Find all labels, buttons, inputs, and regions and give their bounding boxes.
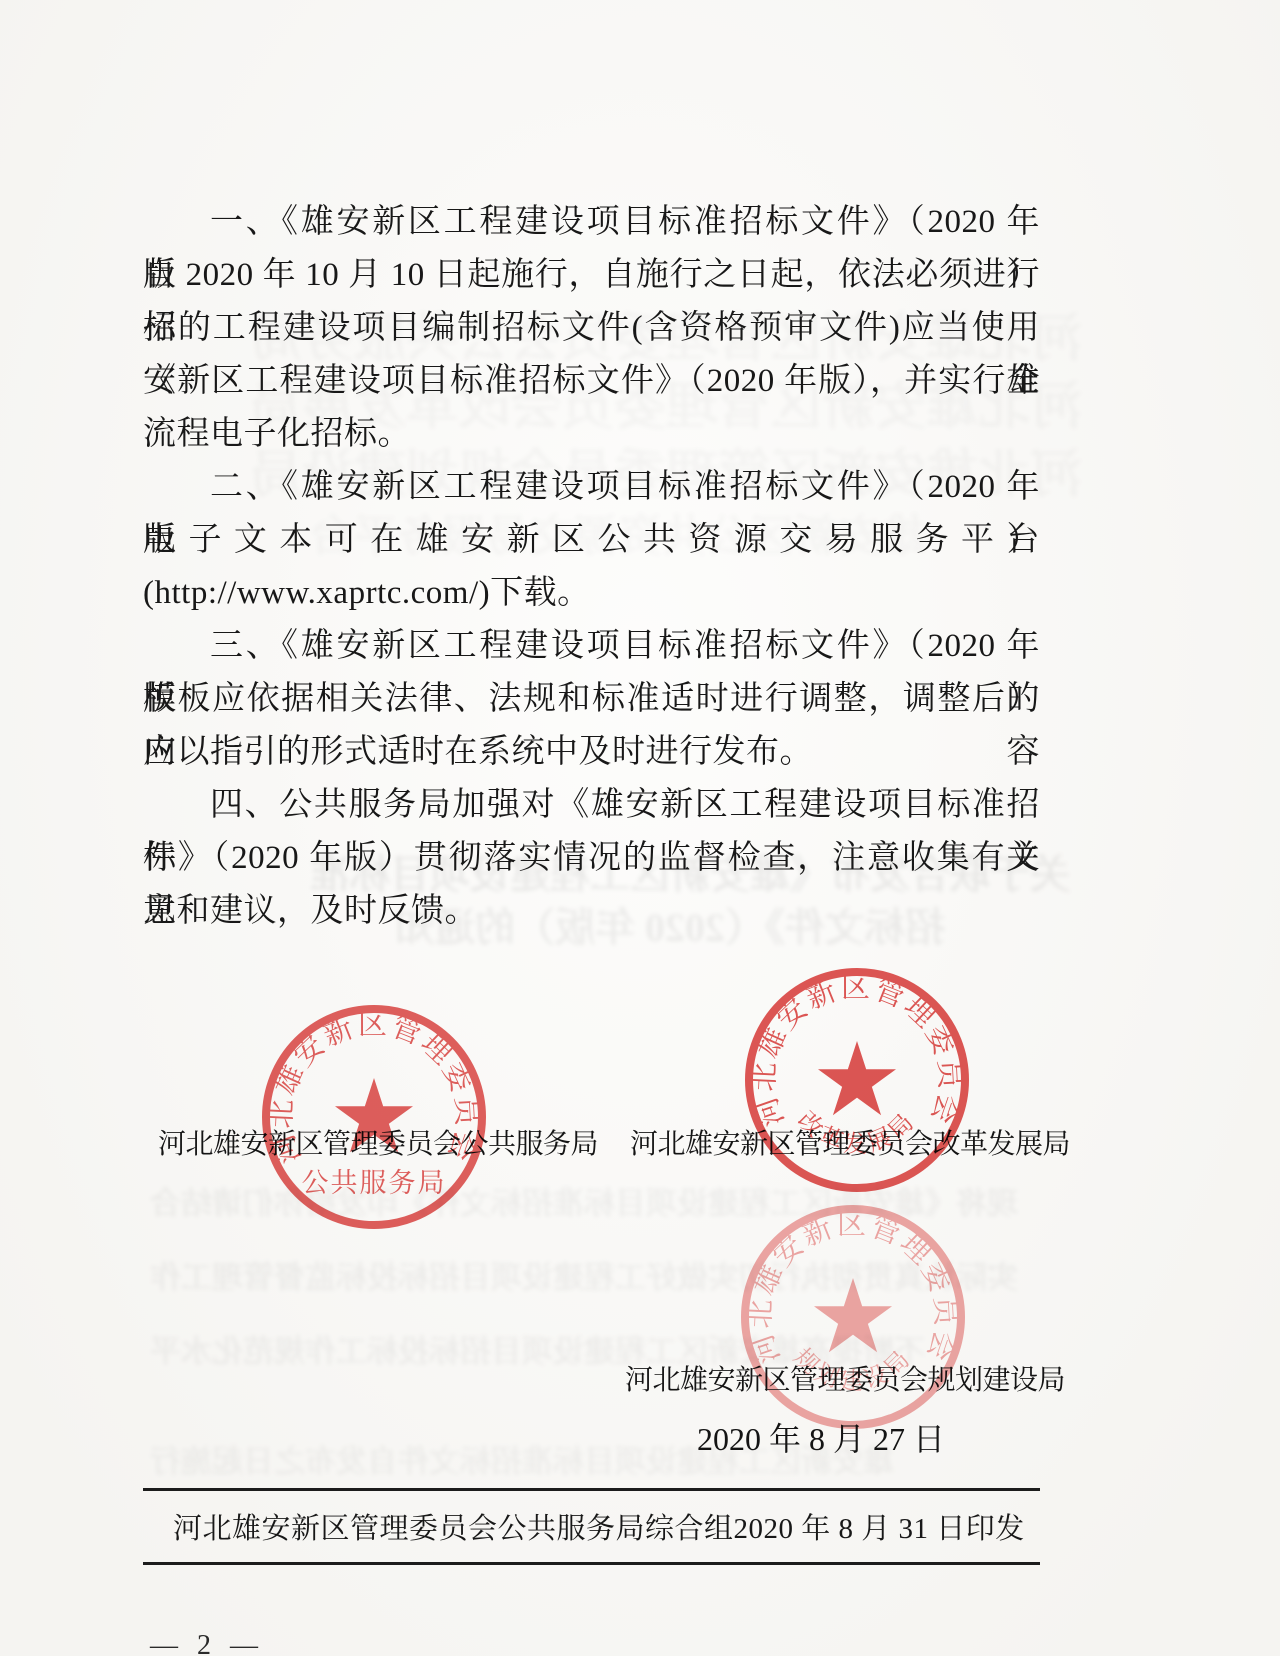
official-seal-reform-development: 河北雄安新区管理委员会 改革发展局	[732, 955, 982, 1205]
svg-text:河北雄安新区管理委员会: 河北雄安新区管理委员会	[748, 972, 965, 1130]
seal-star-icon	[818, 1041, 896, 1115]
seal-star-icon	[814, 1278, 892, 1352]
page-number: — 2 —	[150, 1630, 264, 1656]
document-page: 河北雄安新区管理委员会公共服务局 河北雄安新区管理委员会改革发展局 河北雄安新区…	[0, 0, 1280, 1656]
body-line: 二、《雄安新区工程建设项目标准招标文件》（2020 年版）	[143, 461, 1040, 514]
body-line: 三、《雄安新区工程建设项目标准招标文件》（2020 年版）	[143, 620, 1040, 673]
footer-rule-top	[143, 1488, 1040, 1491]
footer-print-date: 2020 年 8 月 31 日印发	[734, 1506, 1025, 1547]
footer-issuer: 河北雄安新区管理委员会公共服务局综合组	[173, 1506, 734, 1547]
body-line: 见和建议，及时反馈。	[143, 885, 1040, 938]
svg-text:河北雄安新区管理委员会: 河北雄安新区管理委员会	[744, 1209, 961, 1367]
body-line: 四、公共服务局加强对《雄安新区工程建设项目标准招标文	[143, 779, 1040, 832]
body-line: 自 2020 年 10 月 10 日起施行，自施行之日起，依法必须进行招	[143, 249, 1040, 302]
bleedthrough-text: 实际认真贯彻执行切实做好工程建设项目招标投标监督管理工作	[150, 1252, 1018, 1297]
body-line: 标的工程建设项目编制招标文件(含资格预审文件)应当使用《雄	[143, 302, 1040, 355]
signature-date: 2020 年 8 月 27 日	[697, 1414, 945, 1460]
footer-rule-bottom	[143, 1562, 1040, 1565]
seal-bottom-text: 公共服务局	[302, 1168, 447, 1198]
signature-org-reform-development: 河北雄安新区管理委员会改革发展局	[630, 1122, 1070, 1162]
body-line: (http://www.xaprtc.com/)下载。	[143, 567, 1040, 620]
signature-org-planning-construction: 河北雄安新区管理委员会规划建设局	[625, 1358, 1065, 1398]
seal-arc-text: 河北雄安新区管理委员会	[748, 972, 965, 1130]
official-seal-public-service: 河北雄安新区管理委员会 公共服务局	[249, 992, 499, 1242]
body-line: 模板应依据相关法律、法规和标准适时进行调整，调整后的内容	[143, 673, 1040, 726]
body-line: 流程电子化招标。	[143, 408, 1040, 461]
seal-ring	[266, 1009, 482, 1225]
body-line: 电子文本可在雄安新区公共资源交易服务平台	[143, 514, 1040, 567]
bleedthrough-text: 现将《雄安新区工程建设项目标准招标文件》印发给你们请结合	[150, 1178, 1018, 1223]
body-line: 安新区工程建设项目标准招标文件》（2020 年版），并实行全	[143, 355, 1040, 408]
official-seal-planning-construction: 河北雄安新区管理委员会 规划建设局	[728, 1192, 978, 1442]
footer: 河北雄安新区管理委员会公共服务局综合组 2020 年 8 月 31 日印发	[143, 1506, 1040, 1547]
signature-org-public-service: 河北雄安新区管理委员会公共服务局	[158, 1122, 598, 1162]
body-line: 一、《雄安新区工程建设项目标准招标文件》（2020 年版）	[143, 196, 1040, 249]
seal-arc-text: 河北雄安新区管理委员会	[744, 1209, 961, 1367]
body-line: 件》（2020 年版）贯彻落实情况的监督检查，注意收集有关意	[143, 832, 1040, 885]
document-body: 一、《雄安新区工程建设项目标准招标文件》（2020 年版） 自 2020 年 1…	[143, 196, 1040, 938]
